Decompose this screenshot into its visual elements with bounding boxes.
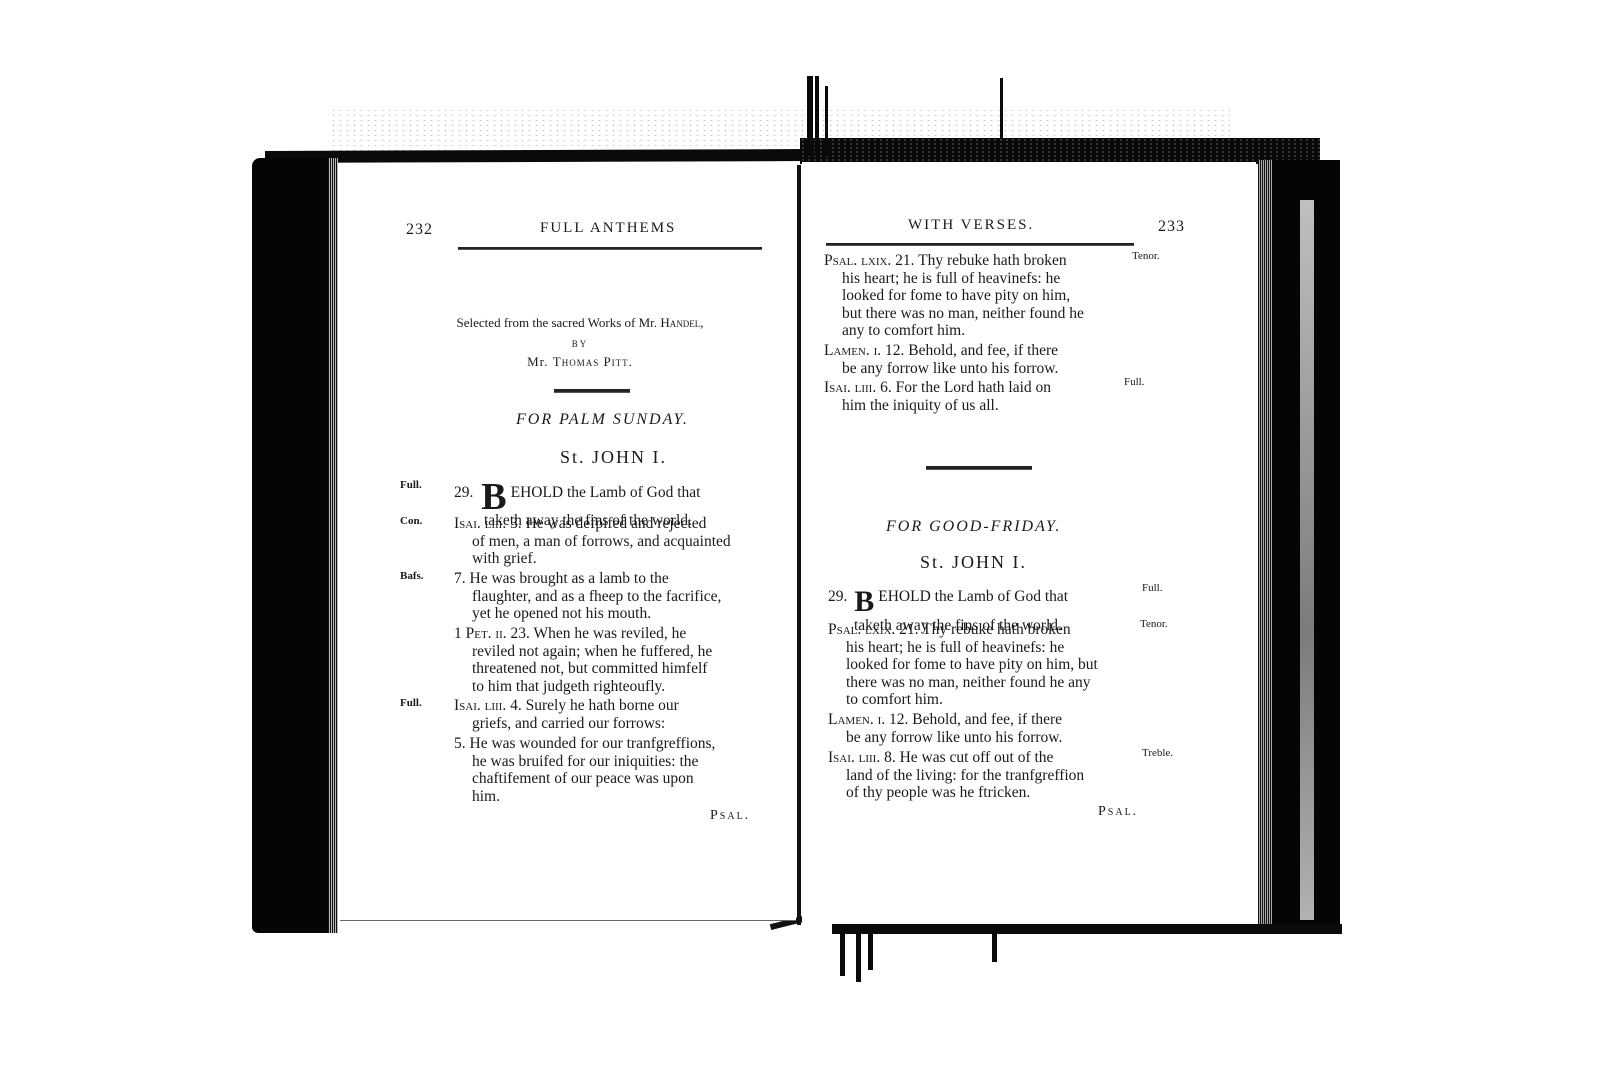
catchword: Psal. — [1098, 804, 1138, 820]
voice-part-label: Treble. — [1142, 747, 1173, 759]
credit-text: Selected from the sacred Works of Mr. — [457, 315, 661, 330]
page-number: 232 — [406, 221, 433, 239]
verse-line: looked for fome to have pity on him, — [824, 287, 1134, 305]
voice-part-label: Con. — [400, 515, 422, 527]
verse-line: be any forrow like unto his forrow. — [824, 360, 1134, 378]
binding-top-edge-left — [265, 149, 805, 163]
occasion-heading: FOR GOOD-FRIDAY. — [886, 518, 1061, 536]
verse-line: yet he opened not his mouth. — [454, 605, 764, 623]
verse-line: Surely he hath borne our — [526, 697, 679, 714]
voice-part-label: Full. — [400, 697, 422, 709]
voice-part-label: Bafs. — [400, 570, 424, 582]
verse-ref: Lamen. i. 12. — [828, 711, 908, 728]
binding-top-edge-right — [800, 138, 1320, 164]
verse: Isai. liii. 4. Surely he hath borne our … — [454, 697, 764, 732]
section-rule — [926, 466, 1032, 470]
binding-tab — [825, 86, 828, 156]
voice-part-label: Full. — [400, 479, 422, 491]
voice-part-label: Tenor. — [1140, 618, 1168, 630]
verse-line: looked for fome to have pity on him, but — [828, 656, 1144, 674]
drop-cap: B — [481, 482, 506, 512]
verse-line: He was wounded for our tranfgreffions, — [470, 735, 716, 752]
verse-ref: Isai. liii. 4. — [454, 697, 522, 714]
verse-line: to comfort him. — [828, 691, 1144, 709]
verse-ref: Isai. liii. 3. — [454, 515, 522, 532]
verse-line: Thy rebuke hath broken — [918, 252, 1067, 269]
verse-line: For the Lord hath laid on — [896, 379, 1051, 396]
verse-line: of men, a man of forrows, and acquainted — [454, 533, 764, 551]
verse: 1 Pet. ii. 23. When he was reviled, he r… — [454, 625, 764, 695]
credit-text: Mr. — [527, 354, 553, 369]
verse: Isai. liii. 8. He was cut off out of the… — [828, 749, 1144, 802]
occasion-heading: FOR PALM SUNDAY. — [516, 411, 689, 429]
verse: Isai. liii. 3. He was defpifed and rejec… — [454, 515, 764, 568]
verse-line: Thy rebuke hath broken — [922, 621, 1071, 638]
verse-ref: 1 Pet. ii. 23. — [454, 625, 530, 642]
credit-block: Selected from the sacred Works of Mr. Ha… — [400, 315, 760, 370]
verse-line: When he was reviled, he — [534, 625, 687, 642]
verse: Lamen. i. 12. Behold, and fee, if there … — [824, 342, 1134, 377]
binding-tab — [840, 930, 845, 976]
verse: 7. He was brought as a lamb to the flaug… — [454, 570, 764, 623]
verse-line: flaughter, and as a fheep to the facrifi… — [454, 588, 764, 606]
binding-tab — [807, 76, 813, 156]
verse-line: EHOLD the Lamb of God that — [878, 588, 1068, 605]
verse-line: EHOLD the Lamb of God that — [511, 484, 701, 501]
header-rule — [458, 247, 762, 250]
compiler-name: Thomas Pitt. — [553, 354, 633, 369]
book-cover-right — [1258, 160, 1340, 930]
verse-line: his heart; he is full of heavinefs: he — [824, 270, 1134, 288]
binding-tab — [815, 76, 819, 156]
verse-line: to him that judgeth righteoufly. — [454, 678, 764, 696]
verse-ref: 7. — [454, 570, 466, 587]
verse: Psal. lxix. 21. Thy rebuke hath broken h… — [824, 252, 1134, 340]
verse-line: he was bruifed for our iniquities: the — [454, 753, 764, 771]
binding-tab — [868, 930, 873, 970]
verse-line: but there was no man, neither found he — [824, 305, 1134, 323]
voice-part-label: Tenor. — [1132, 250, 1160, 262]
verse-ref: 5. — [454, 735, 466, 752]
binding-tab — [856, 930, 861, 982]
verse-line: him. — [454, 788, 764, 806]
composer-name: Handel, — [660, 315, 703, 330]
page-gutter — [797, 165, 801, 925]
verse-line: there was no man, neither found he any — [828, 674, 1144, 692]
running-head: WITH VERSES. — [908, 217, 1034, 234]
verse-ref: 29. — [454, 484, 473, 501]
verse-line: be any forrow like unto his forrow. — [828, 729, 1144, 747]
verse-line: with grief. — [454, 550, 764, 568]
verse-line: He was brought as a lamb to the — [470, 570, 669, 587]
header-rule — [826, 243, 1134, 246]
binding-tab — [1000, 78, 1003, 138]
verse: Isai. liii. 6. For the Lord hath laid on… — [824, 379, 1134, 414]
verse-line: his heart; he is full of heavinefs: he — [828, 639, 1144, 657]
chapter-heading: St. JOHN I. — [920, 552, 1027, 573]
verse: Lamen. i. 12. Behold, and fee, if there … — [828, 711, 1144, 746]
credit-by: BY — [400, 339, 760, 349]
running-head: FULL ANTHEMS — [540, 220, 676, 237]
verse-line: of thy people was he ftricken. — [828, 784, 1144, 802]
verse-line: griefs, and carried our forrows: — [454, 715, 764, 733]
verse-line: any to comfort him. — [824, 322, 1134, 340]
verse-line: reviled not again; when he fuffered, he — [454, 643, 764, 661]
verse: 5. He was wounded for our tranfgreffions… — [454, 735, 764, 805]
verse-ref: Isai. liii. 8. — [828, 749, 896, 766]
chapter-heading: St. JOHN I. — [560, 447, 667, 468]
binding-bottom-edge-right — [832, 924, 1342, 934]
verse-line: He was cut off out of the — [900, 749, 1054, 766]
verse-line: land of the living: for the tranfgreffio… — [828, 767, 1144, 785]
voice-part-label: Full. — [1142, 582, 1162, 594]
book-cover-left — [252, 158, 338, 933]
page-number: 233 — [1158, 218, 1185, 236]
verse-ref: Psal. lxix. 21. — [828, 621, 919, 638]
page-left: 232 FULL ANTHEMS Selected from the sacre… — [340, 163, 796, 921]
page-right: WITH VERSES. 233 Tenor. Psal. lxix. 21. … — [802, 162, 1256, 922]
section-rule — [554, 389, 630, 393]
verse-ref: 29. — [828, 588, 847, 605]
verse-ref: Isai. liii. 6. — [824, 379, 892, 396]
verse-line: He was defpifed and rejected — [526, 515, 707, 532]
binding-tab — [992, 930, 997, 962]
verse-line: chaftifement of our peace was upon — [454, 770, 764, 788]
catchword: Psal. — [710, 808, 750, 824]
verse: Psal. lxix. 21. Thy rebuke hath broken h… — [828, 621, 1144, 709]
verse-line: threatened not, but committed himfelf — [454, 660, 764, 678]
verse-line: him the iniquity of us all. — [824, 397, 1134, 415]
verse-line: Behold, and fee, if there — [908, 342, 1058, 359]
verse-ref: Lamen. i. 12. — [824, 342, 904, 359]
verse-ref: Psal. lxix. 21. — [824, 252, 915, 269]
drop-cap: B — [854, 587, 874, 617]
verse-line: Behold, and fee, if there — [912, 711, 1062, 728]
